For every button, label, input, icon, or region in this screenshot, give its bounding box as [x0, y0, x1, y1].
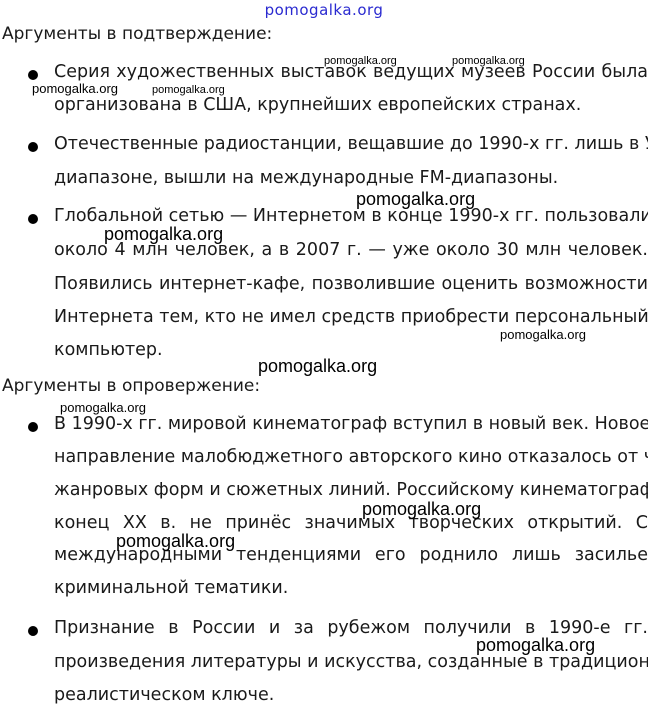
item-line: Появились интернет-кафе, позволившие оце…	[54, 274, 648, 294]
item-line: реалистическом ключе.	[54, 685, 648, 705]
watermark: pomogalka.org	[32, 81, 118, 96]
watermark: pomogalka.org	[362, 499, 481, 520]
watermark-top: pomogalka.org	[0, 1, 648, 19]
watermark: pomogalka.org	[104, 224, 223, 245]
bullet-icon	[28, 70, 38, 80]
watermark: pomogalka.org	[500, 327, 586, 342]
bullet-icon	[28, 142, 38, 152]
item-line: организована в США, крупнейших европейск…	[54, 95, 648, 115]
bullet-icon	[28, 626, 38, 636]
document-page: pomogalka.org Аргументы в подтверждение:…	[0, 0, 648, 706]
watermark: pomogalka.org	[324, 55, 397, 67]
item-line: Интернета тем, кто не имел средств приоб…	[54, 307, 648, 327]
watermark: pomogalka.org	[452, 55, 525, 67]
item-line: В 1990-х гг. мировой кинематограф вступи…	[54, 414, 648, 434]
watermark: pomogalka.org	[60, 400, 146, 415]
watermark: pomogalka.org	[356, 189, 475, 210]
item-line: криминальной тематики.	[54, 578, 648, 598]
item-line: направление малобюджетного авторского ки…	[54, 447, 648, 467]
item-line: конец XX в. не принёс значимых творчески…	[54, 513, 648, 533]
section-heading-confirm: Аргументы в подтверждение:	[2, 24, 272, 44]
watermark: pomogalka.org	[476, 635, 595, 656]
item-line: Отечественные радиостанции, вещавшие до …	[54, 134, 648, 154]
item-line: диапазоне, вышли на международные FM-диа…	[54, 168, 648, 188]
watermark: pomogalka.org	[152, 84, 225, 96]
item-line: Глобальной сетью — Интернетом в конце 19…	[54, 206, 648, 226]
item-line: жанровых форм и сюжетных линий. Российск…	[54, 480, 648, 500]
section-heading-refute: Аргументы в опровержение:	[2, 376, 260, 396]
bullet-icon	[28, 422, 38, 432]
watermark: pomogalka.org	[258, 356, 377, 377]
bullet-icon	[28, 214, 38, 224]
watermark: pomogalka.org	[116, 531, 235, 552]
